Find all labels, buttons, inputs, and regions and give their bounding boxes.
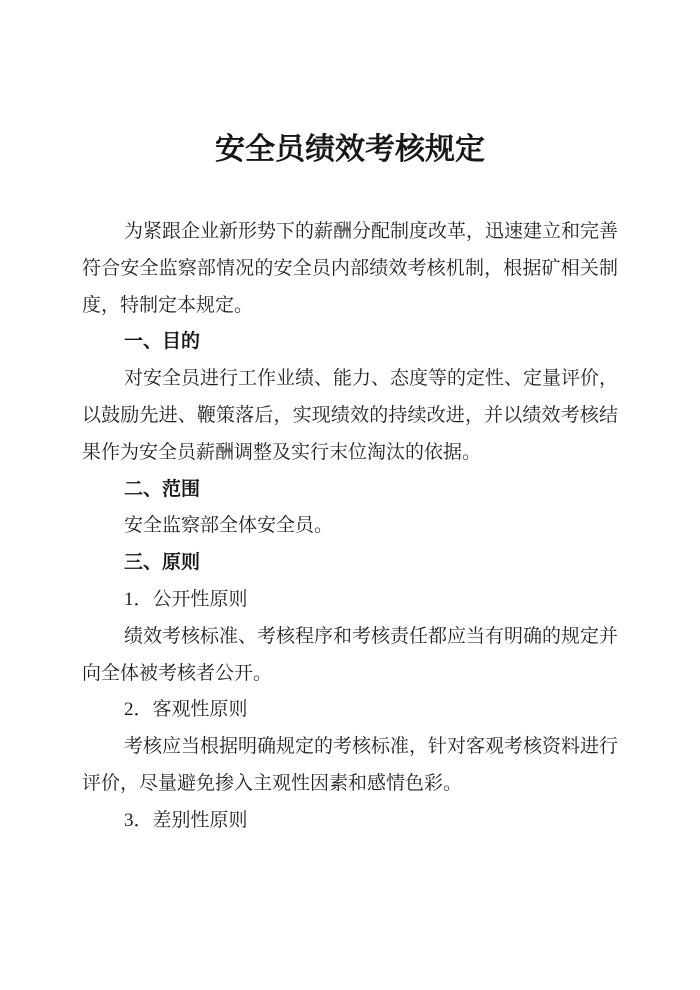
text-line: 安全监察部全体安全员。 <box>82 508 618 545</box>
sub-principle-heading: 1．公开性原则 <box>82 582 618 619</box>
paragraph: 对安全员进行工作业绩、能力、态度等的定性、定量评价，以鼓励先进、鞭策落后，实现绩… <box>82 361 618 471</box>
text-line: 考核应当根据明确规定的考核标准，针对客观考核资料进行 <box>82 729 618 766</box>
paragraph: 绩效考核标准、考核程序和考核责任都应当有明确的规定并向全体被考核者公开。 <box>82 619 618 693</box>
text-line: 以鼓励先进、鞭策落后，实现绩效的持续改进，并以绩效考核结 <box>82 398 618 435</box>
text-line: 向全体被考核者公开。 <box>82 656 618 693</box>
paragraph: 安全监察部全体安全员。 <box>82 508 618 545</box>
text-line: 绩效考核标准、考核程序和考核责任都应当有明确的规定并 <box>82 619 618 656</box>
text-line: 果作为安全员薪酬调整及实行末位淘汰的依据。 <box>82 435 618 472</box>
sub-principle-heading: 2．客观性原则 <box>82 692 618 729</box>
text-line: 对安全员进行工作业绩、能力、态度等的定性、定量评价， <box>82 361 618 398</box>
document-blocks: 为紧跟企业新形势下的薪酬分配制度改革，迅速建立和完善符合安全监察部情况的安全员内… <box>82 214 618 840</box>
document-page: 安全员绩效考核规定 为紧跟企业新形势下的薪酬分配制度改革，迅速建立和完善符合安全… <box>0 0 700 990</box>
paragraph: 考核应当根据明确规定的考核标准，针对客观考核资料进行评价，尽量避免掺入主观性因素… <box>82 729 618 803</box>
section-heading: 一、目的 <box>82 324 618 361</box>
section-heading: 三、原则 <box>82 545 618 582</box>
text-line: 为紧跟企业新形势下的薪酬分配制度改革，迅速建立和完善 <box>82 214 618 251</box>
paragraph: 为紧跟企业新形势下的薪酬分配制度改革，迅速建立和完善符合安全监察部情况的安全员内… <box>82 214 618 324</box>
document-title: 安全员绩效考核规定 <box>82 131 618 169</box>
text-line: 符合安全监察部情况的安全员内部绩效考核机制，根据矿相关制 <box>82 251 618 288</box>
text-line: 度，特制定本规定。 <box>82 288 618 325</box>
sub-principle-heading: 3．差别性原则 <box>82 803 618 840</box>
text-line: 评价，尽量避免掺入主观性因素和感情色彩。 <box>82 766 618 803</box>
section-heading: 二、范围 <box>82 472 618 509</box>
